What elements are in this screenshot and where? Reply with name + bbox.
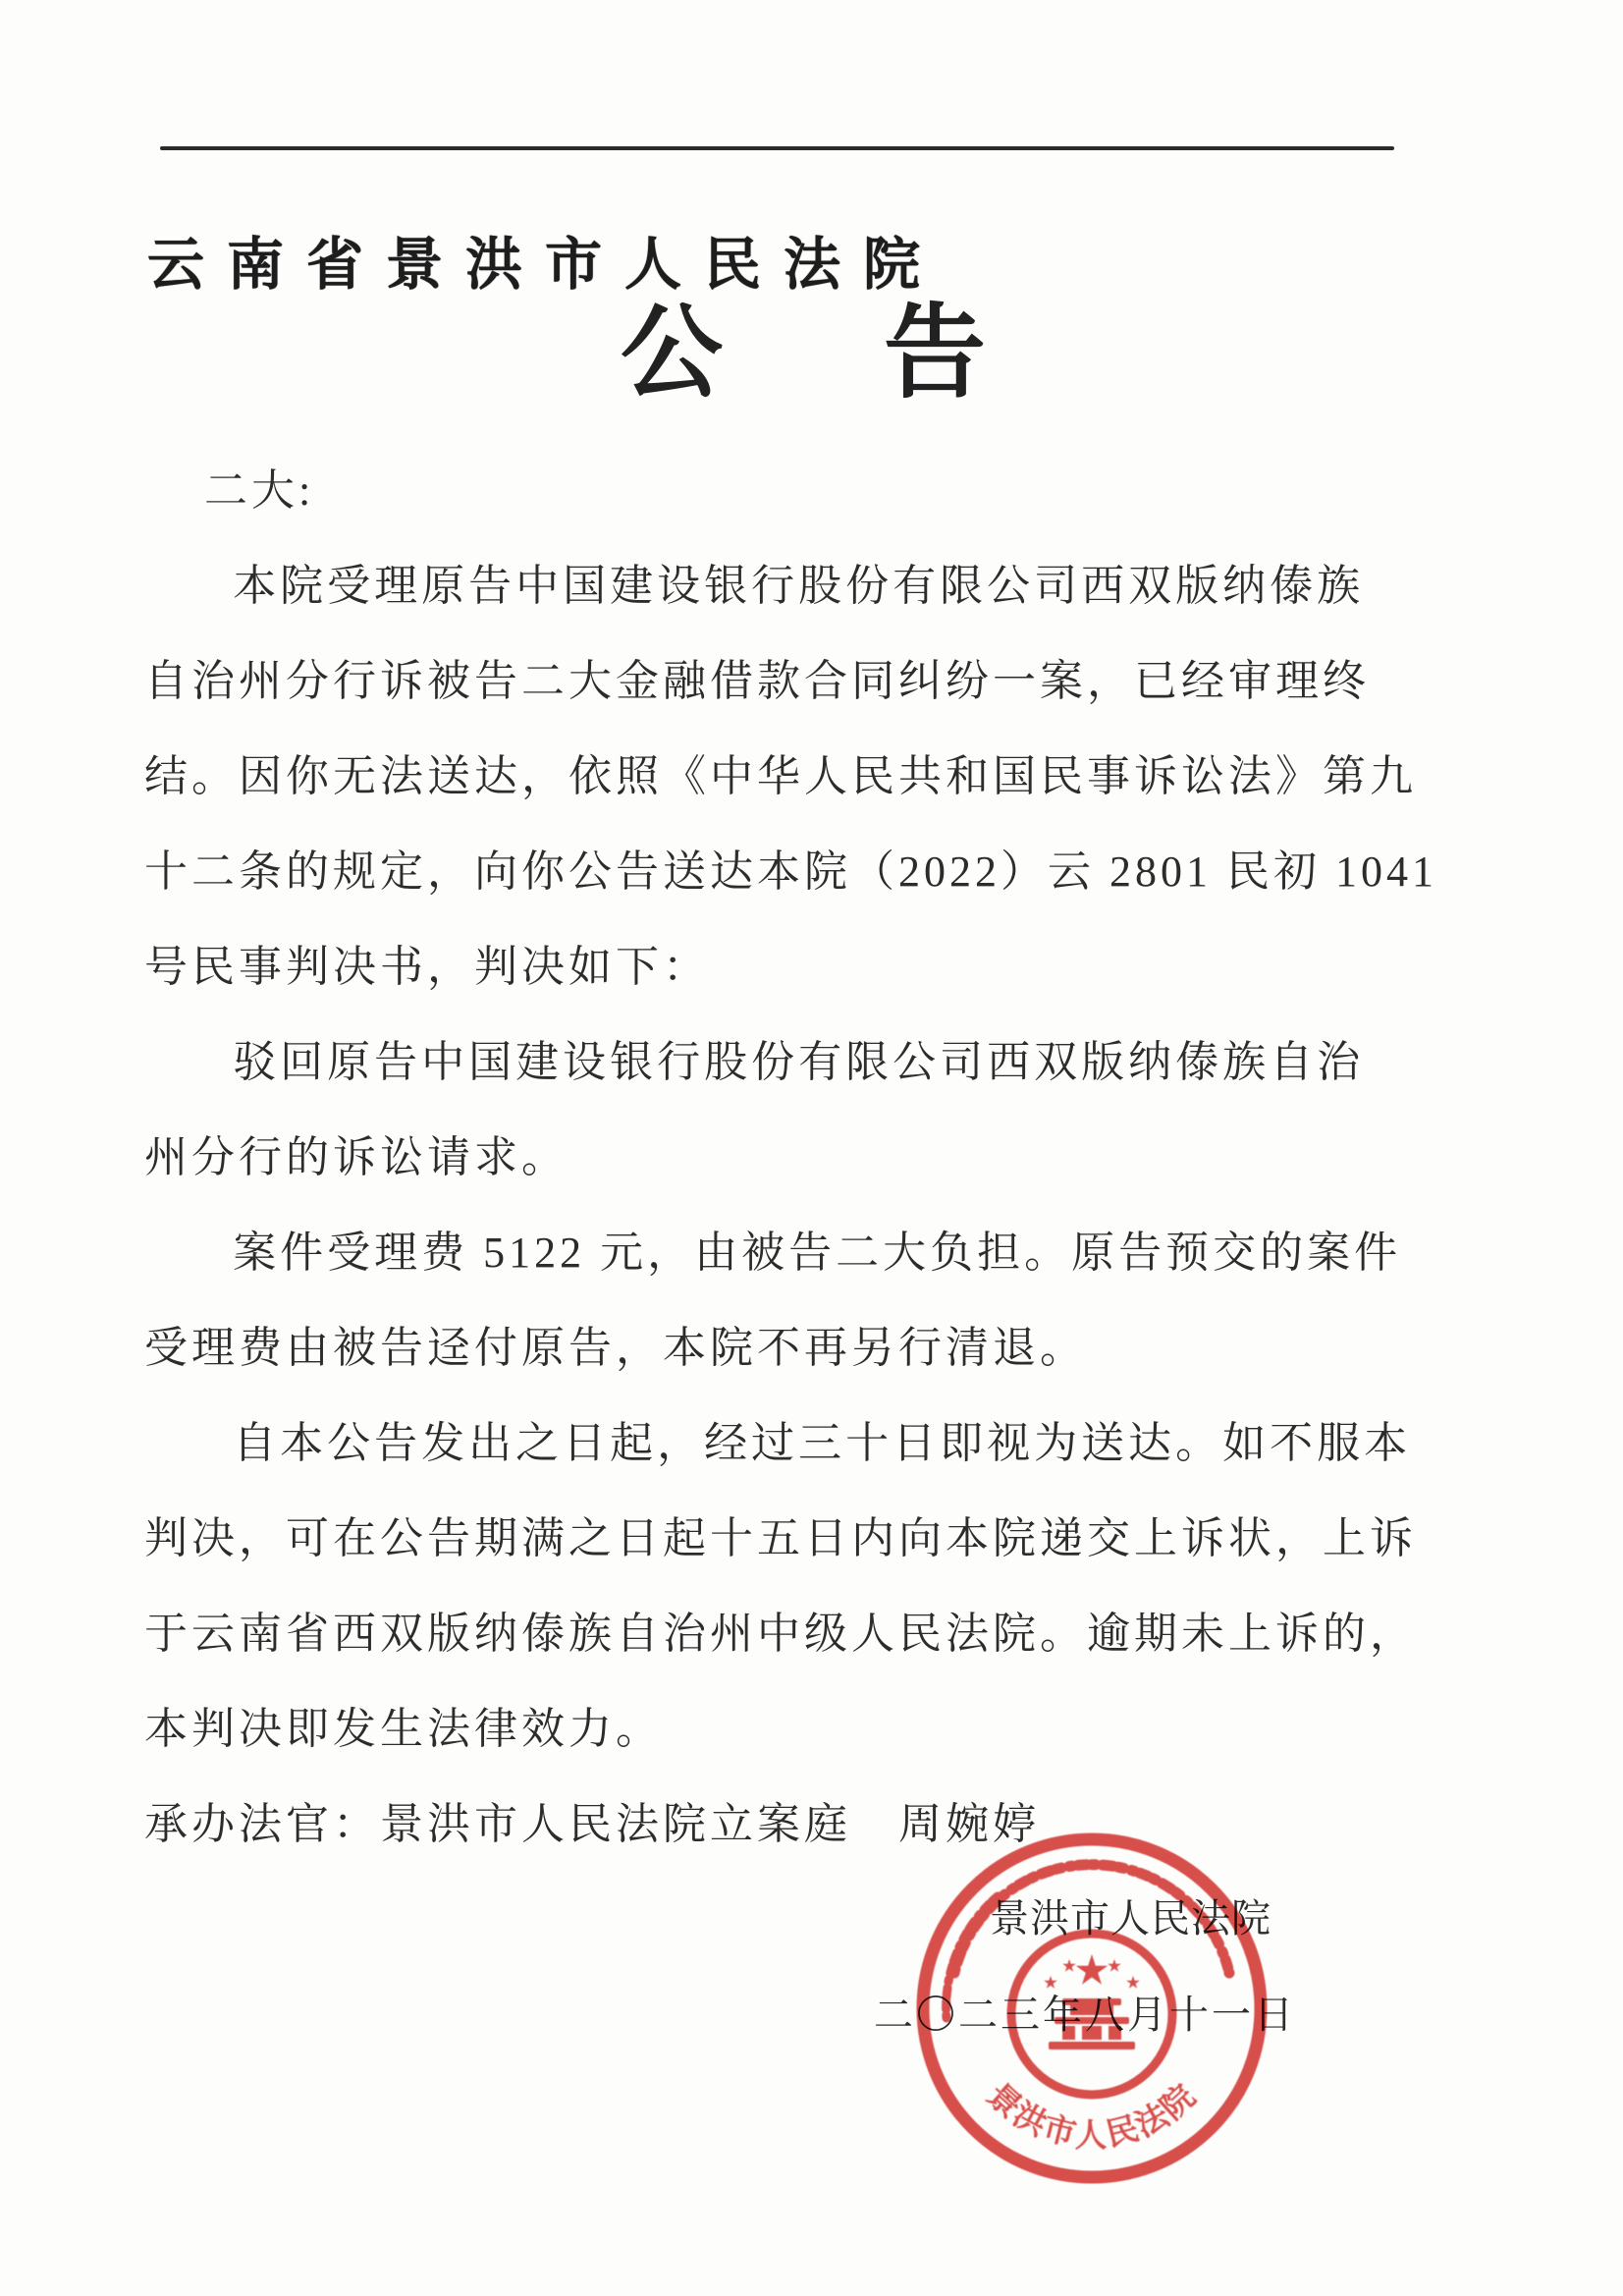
body-line: 驳回原告中国建设银行股份有限公司西双版纳傣族自治 <box>144 1014 1421 1110</box>
document-page: 云南省景洪市人民法院 公告 二大:本院受理原告中国建设银行股份有限公司西双版纳傣… <box>0 0 1623 2296</box>
body-line: 案件受理费 5122 元，由被告二大负担。原告预交的案件 <box>144 1205 1421 1300</box>
body-line: 于云南省西双版纳傣族自治州中级人民法院。逾期未上诉的， <box>144 1586 1421 1681</box>
seal-national-emblem <box>1011 1934 1172 2095</box>
body-line: 受理费由被告迳付原告，本院不再另行清退。 <box>144 1300 1421 1395</box>
body-line: 自治州分行诉被告二大金融借款合同纠纷一案，已经审理终 <box>144 633 1421 729</box>
court-seal-stamp: 景洪市人民法院 <box>908 1825 1275 2192</box>
header-rule <box>160 146 1394 150</box>
body-line: 自本公告发出之日起，经过三十日即视为送达。如不服本 <box>144 1395 1421 1491</box>
body-line: 结。因你无法送达，依照《中华人民共和国民事诉讼法》第九 <box>144 729 1421 824</box>
notice-title: 公告 <box>621 301 1147 408</box>
body-line: 本判决即发生法律效力。 <box>144 1681 1421 1777</box>
body-text: 二大:本院受理原告中国建设银行股份有限公司西双版纳傣族自治州分行诉被告二大金融借… <box>144 443 1421 1872</box>
body-line: 十二条的规定，向你公告送达本院（2022）云 2801 民初 1041 <box>144 824 1421 919</box>
body-line: 州分行的诉讼请求。 <box>144 1110 1421 1205</box>
body-line: 二大: <box>144 443 1421 538</box>
body-line: 号民事判决书，判决如下： <box>144 919 1421 1014</box>
body-line: 判决，可在公告期满之日起十五日内向本院递交上诉状，上诉 <box>144 1491 1421 1586</box>
seal-arc-text: 景洪市人民法院 <box>980 2077 1204 2154</box>
body-line: 本院受理原告中国建设银行股份有限公司西双版纳傣族 <box>144 538 1421 633</box>
court-title: 云南省景洪市人民法院 <box>147 218 943 301</box>
